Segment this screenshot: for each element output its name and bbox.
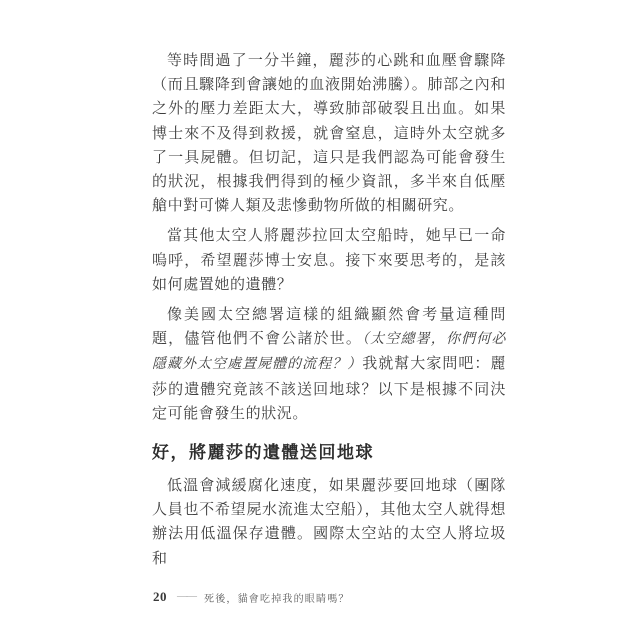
footer-book-title: 死後，貓會吃掉我的眼睛嗎？ (204, 590, 350, 605)
footer-separator-dash: —— (177, 591, 195, 602)
paragraph-3: 像美國太空總署這樣的組織顯然會考量這種問題，儘管他們不會公諸於世。（太空總署，你… (152, 303, 506, 426)
section-heading: 好，將麗莎的遺體送回地球 (152, 441, 506, 465)
page-footer: 20 —— 死後，貓會吃掉我的眼睛嗎？ (153, 589, 350, 605)
paragraph-1: 等時間過了一分半鐘，麗莎的心跳和血壓會驟降（而且驟降到會讓她的血液開始沸騰）。肺… (152, 49, 506, 218)
page-text-block: 等時間過了一分半鐘，麗莎的心跳和血壓會驟降（而且驟降到會讓她的血液開始沸騰）。肺… (152, 49, 506, 571)
page-number: 20 (153, 589, 167, 605)
book-page: 等時間過了一分半鐘，麗莎的心跳和血壓會驟降（而且驟降到會讓她的血液開始沸騰）。肺… (0, 0, 640, 640)
paragraph-2: 當其他太空人將麗莎拉回太空船時，她早已一命嗚呼，希望麗莎博士安息。接下來要思考的… (152, 224, 506, 297)
paragraph-4: 低溫會減緩腐化速度，如果麗莎要回地球（團隊人員也不希望屍水流進太空船），其他太空… (152, 474, 506, 571)
